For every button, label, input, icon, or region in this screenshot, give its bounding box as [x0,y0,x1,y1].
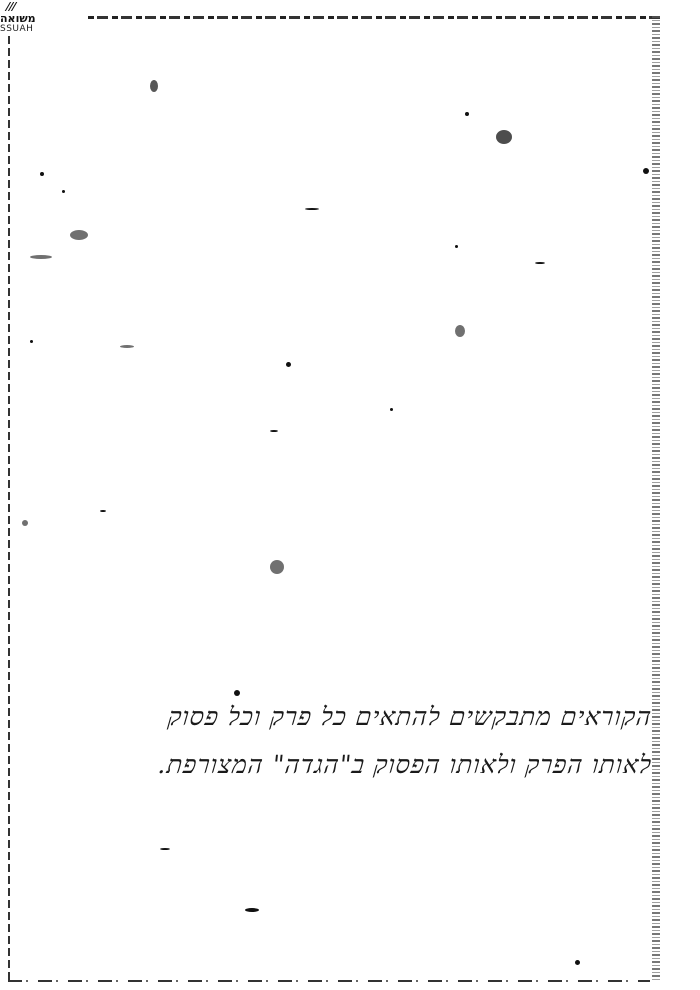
page-edge-right [652,16,660,982]
handwritten-note-line-2: לאותו הפרק ולאותו הפסוק ב"הגדה" המצורפת. [157,750,654,780]
page-edge-left [8,36,10,982]
scanned-page [8,16,660,982]
page-edge-bottom [8,980,650,982]
page-edge-top [88,16,660,19]
handwritten-note-line-1: הקוראים מתבקשים להתאים כל פרק וכל פסוק [167,702,654,732]
